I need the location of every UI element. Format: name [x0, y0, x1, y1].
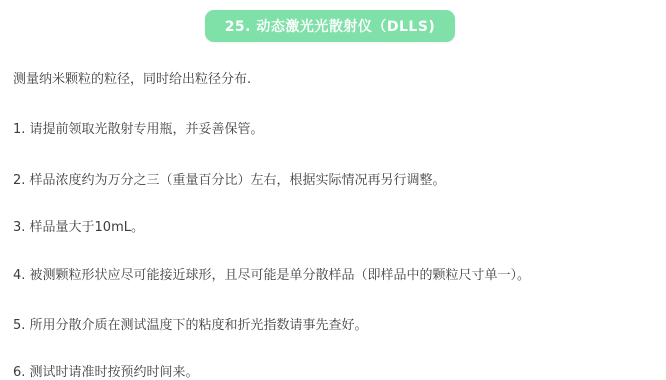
list-item: 4. 被测颗粒形状应尽可能接近球形，且尽可能是单分散样品（即样品中的颗粒尺寸单一…	[13, 268, 530, 284]
intro-paragraph: 测量纳米颗粒的粒径，同时给出粒径分布.	[13, 72, 251, 88]
section-header: 25. 动态激光光散射仪（DLLS)	[0, 10, 666, 42]
section-title-badge: 25. 动态激光光散射仪（DLLS)	[205, 10, 455, 42]
list-item: 1. 请提前领取光散射专用瓶，并妥善保管。	[13, 122, 264, 138]
list-item: 6. 测试时请准时按预约时间来。	[13, 365, 199, 380]
list-item: 5. 所用分散介质在测试温度下的粘度和折光指数请事先查好。	[13, 318, 368, 334]
section-title: 25. 动态激光光散射仪（DLLS)	[225, 16, 436, 36]
list-item: 3. 样品量大于10mL。	[13, 220, 144, 236]
list-item: 2. 样品浓度约为万分之三（重量百分比）左右，根据实际情况再另行调整。	[13, 173, 446, 189]
